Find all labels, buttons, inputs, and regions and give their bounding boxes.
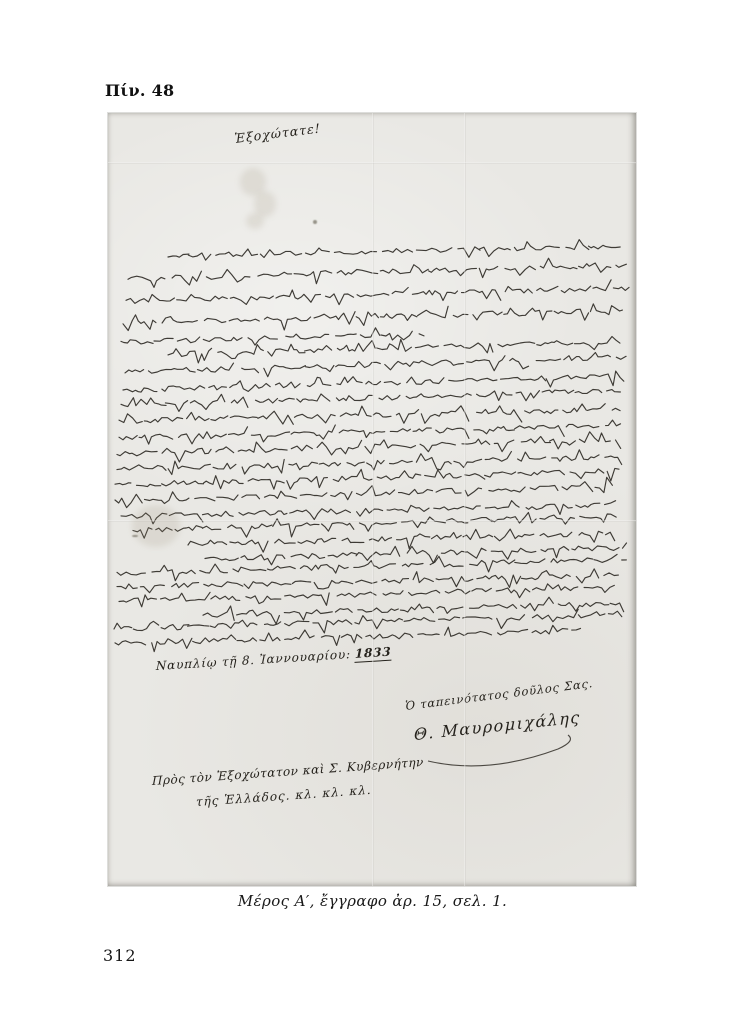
dateline-year-text: 1833 — [355, 645, 392, 663]
ink-spot — [313, 220, 317, 224]
paper-stain — [132, 505, 180, 547]
page-number: 312 — [103, 946, 137, 965]
plate-label: Πίν. 48 — [105, 81, 174, 100]
paper-stain — [246, 213, 264, 229]
manuscript-photo: Ἐξοχώτατε! Ναυπλίῳ τῇ 8. Ἰαννουαρίου:183… — [108, 113, 636, 886]
caption: Μέρος Α′, ἔγγραφο ἀρ. 15, σελ. 1. — [130, 892, 615, 910]
pen-mark — [132, 535, 138, 537]
